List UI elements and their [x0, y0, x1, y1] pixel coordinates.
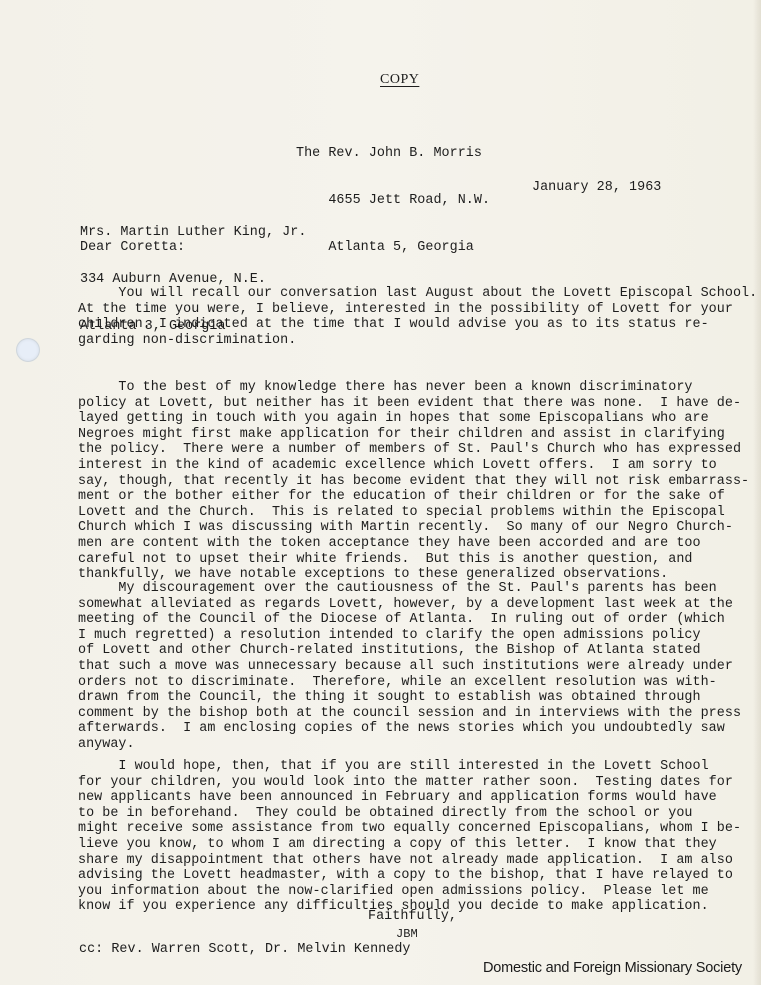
paragraph-line: Lovett and the Church. This is related t…	[78, 505, 749, 521]
paragraph-line: careful not to upset their white friends…	[78, 552, 749, 568]
paragraph-3: My discouragement over the cautiousness …	[78, 581, 741, 753]
paragraph-line: somewhat alleviated as regards Lovett, h…	[78, 597, 741, 613]
paragraph-line: I would hope, then, that if you are stil…	[78, 759, 741, 775]
paragraph-line: Negroes might first make application for…	[78, 427, 749, 443]
paragraph-line: comment by the bishop both at the counci…	[78, 706, 741, 722]
punch-hole	[17, 339, 39, 361]
paragraph-4: I would hope, then, that if you are stil…	[78, 759, 741, 915]
paragraph-line: share my disappointment that others have…	[78, 853, 741, 869]
paragraph-line: men are content with the token acceptanc…	[78, 536, 749, 552]
paragraph-line: to be in beforehand. They could be obtai…	[78, 806, 741, 822]
recipient-line: Mrs. Martin Luther King, Jr.	[80, 225, 306, 241]
letter-date: January 28, 1963	[532, 180, 661, 196]
paper-edge-shadow	[753, 0, 761, 985]
paragraph-line: You will recall our conversation last Au…	[78, 286, 757, 302]
sender-line: 4655 Jett Road, N.W.	[296, 193, 490, 209]
sender-line: Atlanta 5, Georgia	[296, 240, 490, 256]
paragraph-line: I much regretted) a resolution intended …	[78, 628, 741, 644]
paragraph-line: you information about the now-clarified …	[78, 884, 741, 900]
paragraph-line: children. I indicated at the time that I…	[78, 317, 757, 333]
paragraph-line: new applicants have been announced in Fe…	[78, 790, 741, 806]
paragraph-line: meeting of the Council of the Diocese of…	[78, 612, 741, 628]
paragraph-line: garding non-discrimination.	[78, 333, 757, 349]
paragraph-line: ment or the bother either for the educat…	[78, 489, 749, 505]
paragraph-2: To the best of my knowledge there has ne…	[78, 380, 749, 583]
paragraph-line: say, though, that recently it has become…	[78, 474, 749, 490]
sender-address: The Rev. John B. Morris 4655 Jett Road, …	[296, 115, 490, 287]
paragraph-line: drawn from the Council, the thing it sou…	[78, 690, 741, 706]
letter-page: COPY The Rev. John B. Morris 4655 Jett R…	[0, 0, 761, 985]
paragraph-line: advising the Lovett headmaster, with a c…	[78, 868, 741, 884]
paragraph-line: Church which I was discussing with Marti…	[78, 520, 749, 536]
salutation: Dear Coretta:	[80, 240, 185, 256]
paragraph-line: the policy. There were a number of membe…	[78, 442, 749, 458]
copy-mark: COPY	[380, 72, 419, 88]
paragraph-line: of Lovett and other Church-related insti…	[78, 643, 741, 659]
cc-line: cc: Rev. Warren Scott, Dr. Melvin Kenned…	[79, 942, 411, 958]
paragraph-1: You will recall our conversation last Au…	[78, 286, 757, 348]
paragraph-line: To the best of my knowledge there has ne…	[78, 380, 749, 396]
paragraph-line: that such a move was unnecessary because…	[78, 659, 741, 675]
paragraph-line: interest in the kind of academic excelle…	[78, 458, 749, 474]
paragraph-line: for your children, you would look into t…	[78, 775, 741, 791]
sender-line: The Rev. John B. Morris	[296, 146, 490, 162]
signature-initials: JBM	[396, 927, 418, 943]
paragraph-line: layed getting in touch with you again in…	[78, 411, 749, 427]
paragraph-line: lieve you know, to whom I am directing a…	[78, 837, 741, 853]
paragraph-line: At the time you were, I believe, interes…	[78, 302, 757, 318]
paragraph-line: anyway.	[78, 737, 741, 753]
paragraph-line: afterwards. I am enclosing copies of the…	[78, 721, 741, 737]
closing: Faithfully,	[368, 909, 457, 925]
paragraph-line: orders not to discriminate. Therefore, w…	[78, 675, 741, 691]
archive-credit: Domestic and Foreign Missionary Society	[483, 960, 742, 976]
paragraph-line: My discouragement over the cautiousness …	[78, 581, 741, 597]
paragraph-line: policy at Lovett, but neither has it bee…	[78, 396, 749, 412]
paragraph-line: might receive some assistance from two e…	[78, 821, 741, 837]
